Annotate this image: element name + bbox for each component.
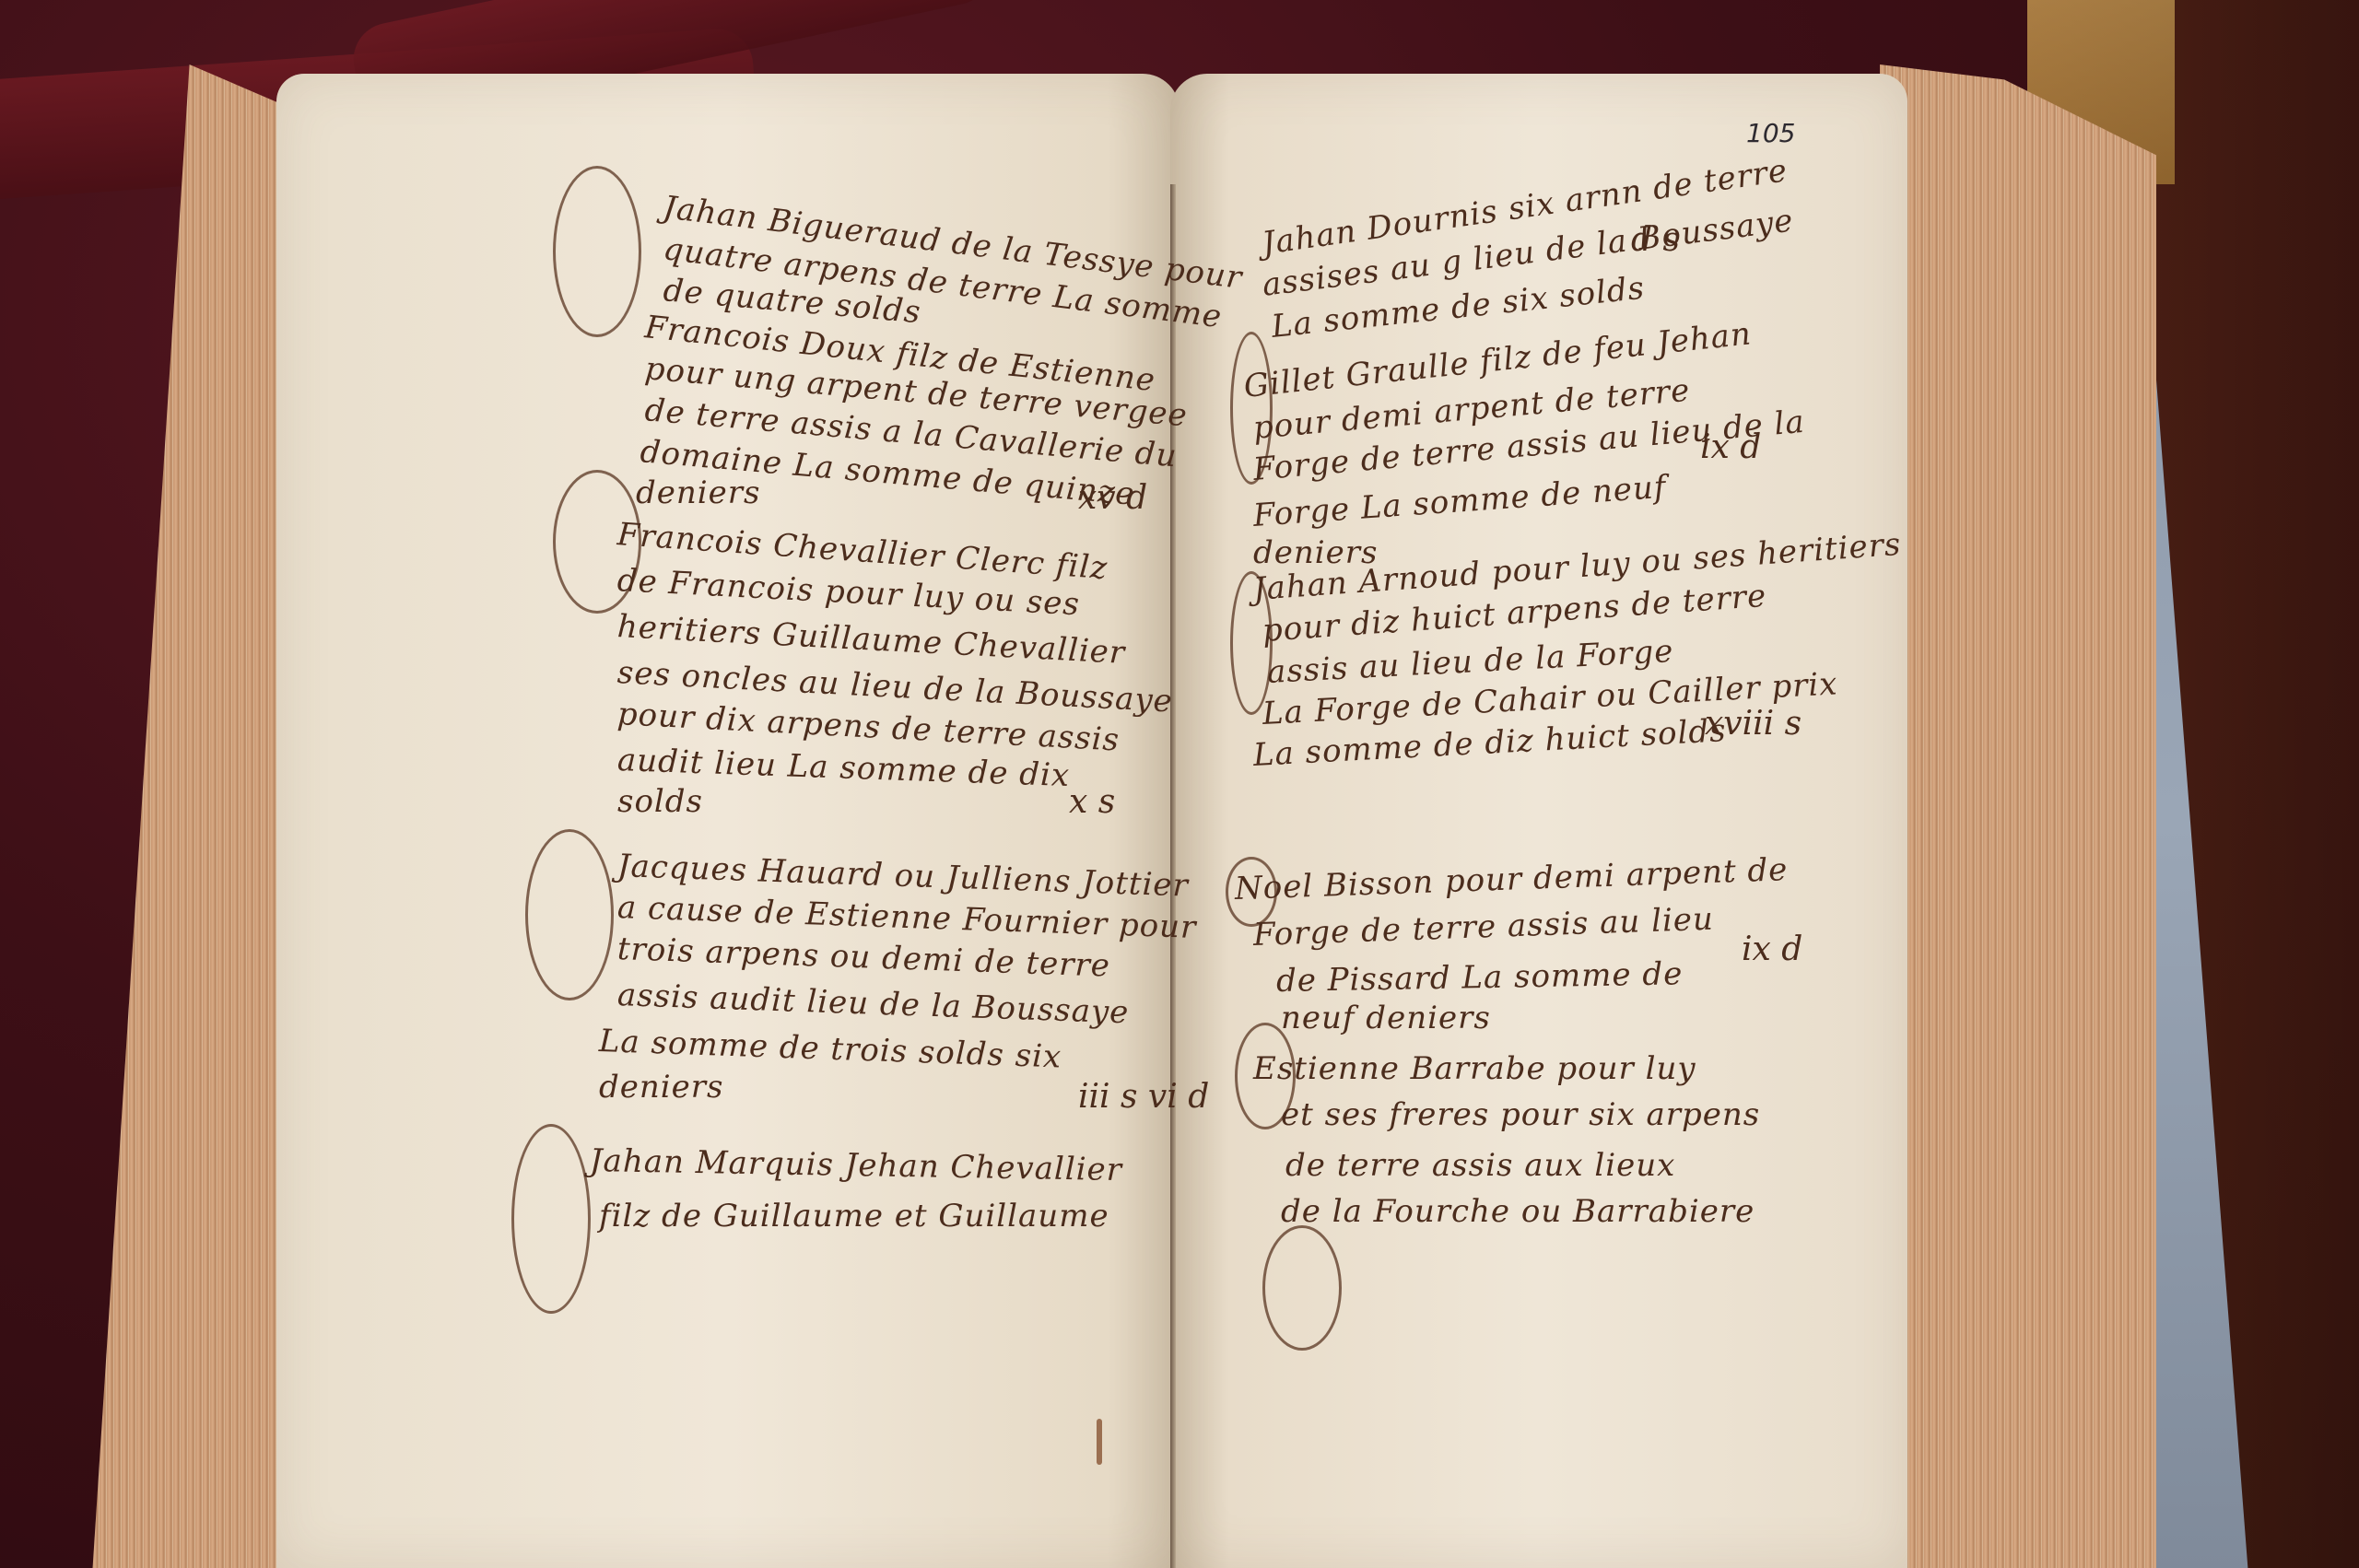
margin-amount: ix d <box>1700 428 1761 466</box>
manuscript-line: neuf deniers <box>1281 1000 1491 1036</box>
left-page-block-edge <box>92 64 295 1568</box>
capital-flourish <box>525 829 614 1000</box>
margin-amount: ix d <box>1742 930 1802 968</box>
manuscript-line: solds <box>617 783 703 820</box>
margin-amount: xviii s <box>1705 705 1802 743</box>
manuscript-line: et ses freres pour six arpens <box>1281 1096 1760 1133</box>
margin-amount: x s <box>1069 783 1115 821</box>
manuscript-line: deniers <box>599 1069 723 1106</box>
photo-scene: 105 Jahan Bigueraud de la Tessye pour qu… <box>0 0 2359 1568</box>
signature-flourish <box>1262 1225 1342 1351</box>
manuscript-line: de la Fourche ou Barrabiere <box>1281 1193 1755 1230</box>
capital-flourish <box>511 1124 591 1314</box>
manuscript-line: deniers <box>636 474 760 511</box>
manuscript-line: de terre assis aux lieux <box>1285 1147 1675 1184</box>
margin-amount: xv d <box>1078 479 1147 517</box>
capital-flourish <box>553 166 641 337</box>
margin-amount: d s <box>1631 221 1680 259</box>
right-page-block-edge <box>1880 64 2156 1568</box>
margin-amount: iii s vi d <box>1078 1078 1209 1116</box>
manuscript-line: Estienne Barrabe pour luy <box>1253 1050 1696 1087</box>
ink-stain <box>1097 1419 1102 1465</box>
manuscript-line: filz de Guillaume et Guillaume <box>599 1198 1109 1235</box>
manuscript-line: de Pissard La somme de <box>1276 955 1684 1000</box>
folio-number: 105 <box>1746 118 1795 148</box>
